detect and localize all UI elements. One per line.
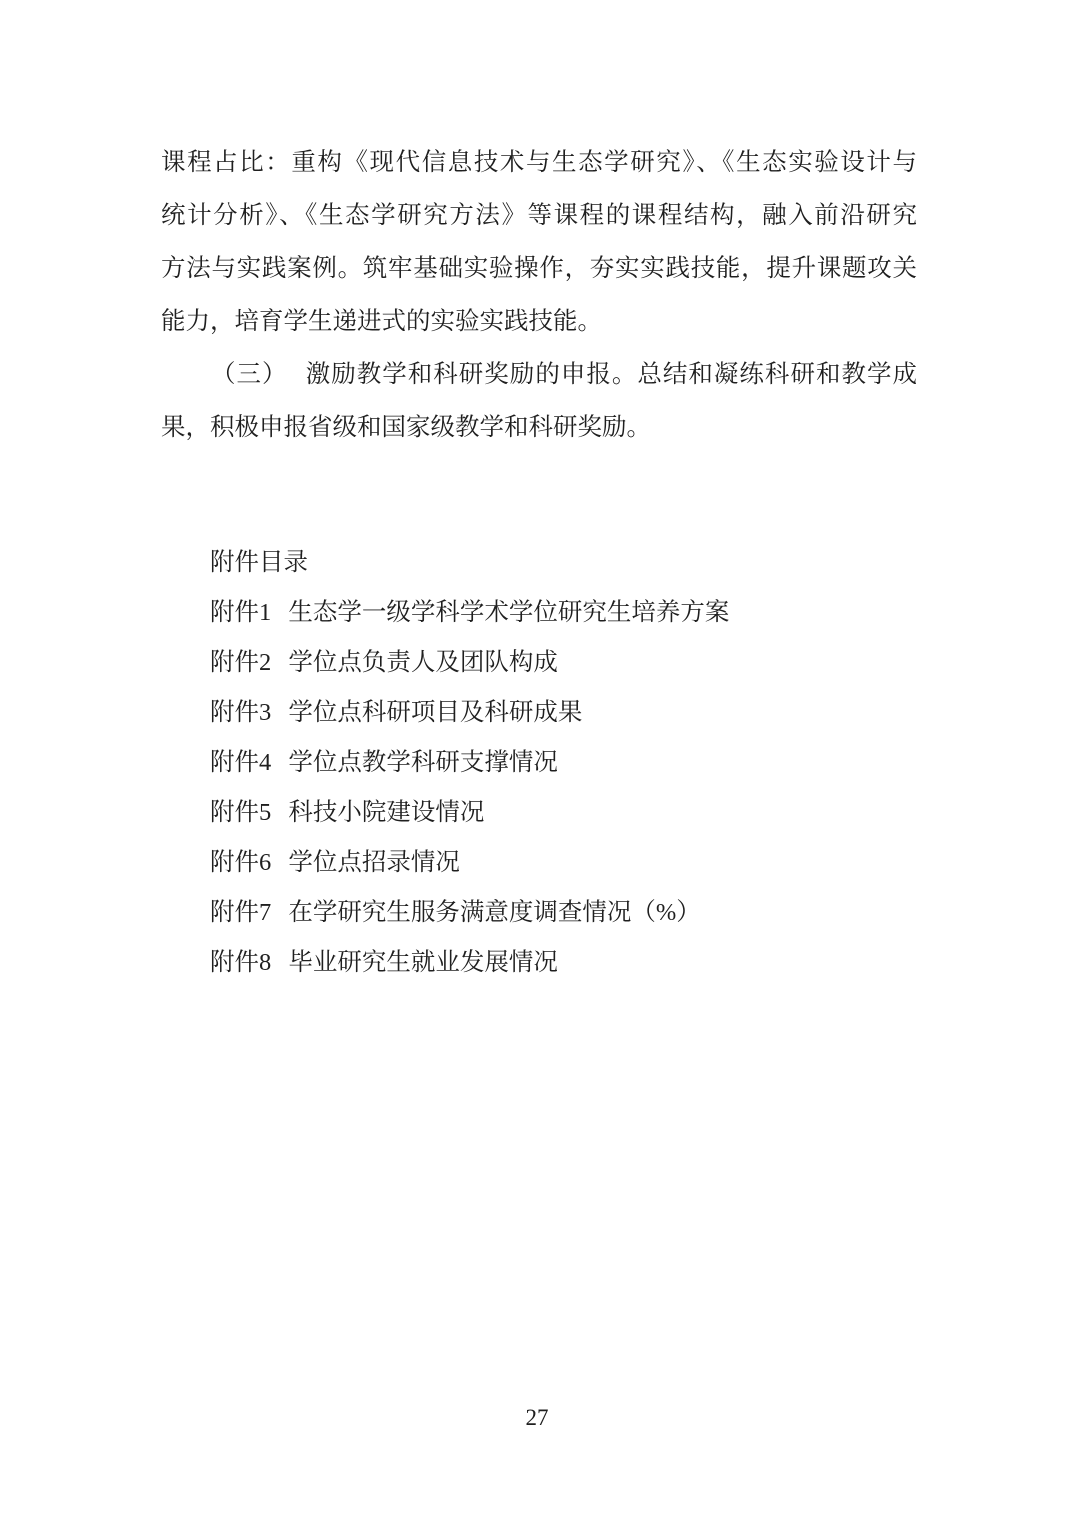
page-number: 27	[526, 1405, 549, 1430]
text-line: 统计分析》、《生态学研究方法》等课程的课程结构，融入前沿研究	[161, 189, 917, 242]
text-line: 果，积极申报省级和国家级教学和科研奖励。	[161, 401, 917, 454]
attachment-directory-title: 附件目录	[210, 538, 930, 588]
attachment-item: 附件8 毕业研究生就业发展情况	[210, 938, 930, 988]
paragraph-awards-application: （三） 激励教学和科研奖励的申报。总结和凝练科研和教学成 果，积极申报省级和国家…	[161, 348, 917, 454]
attachment-item: 附件3 学位点科研项目及科研成果	[210, 688, 930, 738]
text-line: 课程占比：重构《现代信息技术与生态学研究》、《生态实验设计与	[161, 136, 917, 189]
document-page: 课程占比：重构《现代信息技术与生态学研究》、《生态实验设计与 统计分析》、《生态…	[0, 0, 1074, 1520]
page-footer: 27	[0, 1403, 1074, 1433]
attachment-item: 附件7 在学研究生服务满意度调查情况（%）	[210, 888, 930, 938]
page-body: 课程占比：重构《现代信息技术与生态学研究》、《生态实验设计与 统计分析》、《生态…	[161, 136, 917, 454]
attachment-directory: 附件目录 附件1 生态学一级学科学术学位研究生培养方案 附件2 学位点负责人及团…	[210, 538, 930, 988]
attachment-item: 附件5 科技小院建设情况	[210, 788, 930, 838]
text-line: 能力，培育学生递进式的实验实践技能。	[161, 295, 917, 348]
attachment-item: 附件2 学位点负责人及团队构成	[210, 638, 930, 688]
text-line: 方法与实践案例。筑牢基础实验操作，夯实实践技能，提升课题攻关	[161, 242, 917, 295]
text-line: （三） 激励教学和科研奖励的申报。总结和凝练科研和教学成	[161, 348, 917, 401]
attachment-item: 附件4 学位点教学科研支撑情况	[210, 738, 930, 788]
attachment-item: 附件6 学位点招录情况	[210, 838, 930, 888]
attachment-item: 附件1 生态学一级学科学术学位研究生培养方案	[210, 588, 930, 638]
paragraph-course-restructure: 课程占比：重构《现代信息技术与生态学研究》、《生态实验设计与 统计分析》、《生态…	[161, 136, 917, 348]
